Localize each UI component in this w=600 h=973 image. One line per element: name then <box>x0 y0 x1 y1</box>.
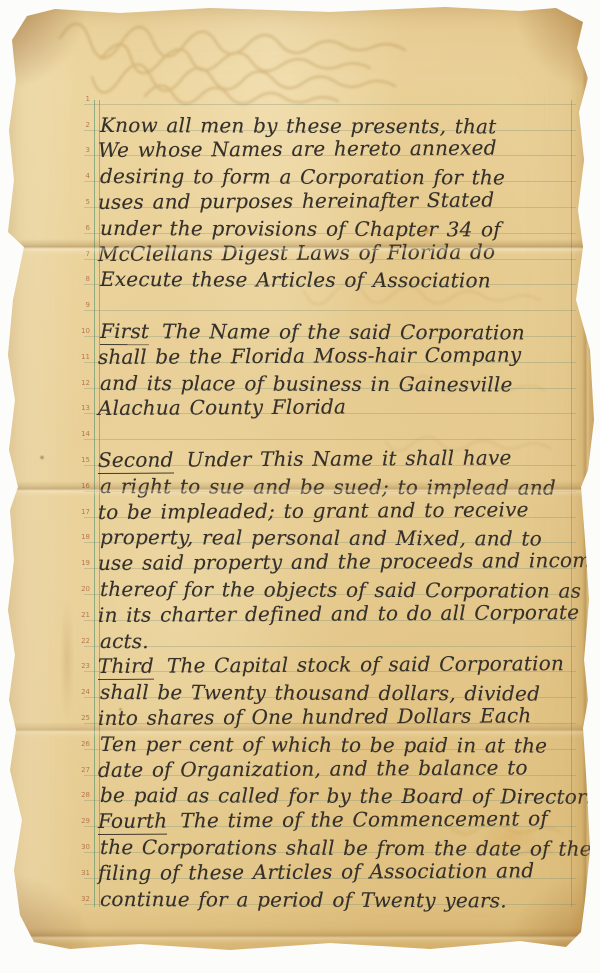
line-number: 13 <box>62 404 90 412</box>
ruled-line-row: 19use said property and the proceeds and… <box>84 543 576 569</box>
line-number: 9 <box>62 301 90 309</box>
ruled-line-row: 3We whose Names are hereto annexed <box>84 131 576 157</box>
ruled-line-row: 28be paid as called for by the Board of … <box>84 776 576 802</box>
line-number: 25 <box>62 714 90 722</box>
handwriting-line: continue for a period of Twenty years. <box>100 889 507 910</box>
line-number: 31 <box>62 869 90 877</box>
ruled-line-row: 14 <box>84 414 576 440</box>
ruled-line-row: 1 <box>84 79 576 105</box>
ruled-line-row: 22acts. <box>84 621 576 647</box>
ruled-line-row: 4desiring to form a Corporation for the <box>84 156 576 182</box>
line-number: 23 <box>62 662 90 670</box>
ruled-line-row: 24shall be Twenty thousand dollars, divi… <box>84 672 576 698</box>
ruled-line-row: 11shall be the Florida Moss-hair Company <box>84 337 576 363</box>
ruled-line-row: 31filing of these Articles of Associatio… <box>84 853 576 879</box>
ruled-line-row: 9 <box>84 285 576 311</box>
line-number: 28 <box>62 791 90 799</box>
line-number: 30 <box>62 843 90 851</box>
line-number: 15 <box>62 456 90 464</box>
line-number: 18 <box>62 533 90 541</box>
dark-speck <box>39 455 45 460</box>
line-number: 11 <box>62 353 90 361</box>
ruled-line-row: 6under the provisions of Chapter 34 of <box>84 208 576 234</box>
line-number: 29 <box>62 817 90 825</box>
ruled-line-row: 2Know all men by these presents, that <box>84 105 576 131</box>
line-number: 16 <box>62 482 90 490</box>
line-number: 10 <box>62 327 90 335</box>
fold-crease-bottom <box>8 928 592 944</box>
ruled-line-row: 21in its charter defined and to do all C… <box>84 595 576 621</box>
ruled-line-row: 23ThirdThe Capital stock of said Corpora… <box>84 647 576 673</box>
ruled-line-row: 26Ten per cent of which to be paid in at… <box>84 724 576 750</box>
manuscript-page: 12Know all men by these presents, that3W… <box>0 0 600 973</box>
line-number: 3 <box>62 146 90 154</box>
ruled-line-row: 16a right to sue and be sued; to implead… <box>84 466 576 492</box>
line-number: 2 <box>62 121 90 129</box>
line-number: 6 <box>62 224 90 232</box>
ruled-line-row: 30the Corporations shall be from the dat… <box>84 827 576 853</box>
ruled-line-row: 10FirstThe Name of the said Corporation <box>84 311 576 337</box>
line-number: 19 <box>62 559 90 567</box>
line-number: 7 <box>62 250 90 258</box>
ruled-line-row: 25into shares of One hundred Dollars Eac… <box>84 698 576 724</box>
ruled-line-row: 27date of Organization, and the balance … <box>84 750 576 776</box>
line-number: 14 <box>62 430 90 438</box>
line-number: 20 <box>62 585 90 593</box>
ruled-line-row: 8Execute these Articles of Association <box>84 260 576 286</box>
line-number: 22 <box>62 637 90 645</box>
ruled-line-row: 12and its place of business in Gainesvil… <box>84 363 576 389</box>
ruled-line-row: 15SecondUnder This Name it shall have <box>84 440 576 466</box>
vertical-edge-crease <box>582 10 590 955</box>
line-number: 1 <box>62 95 90 103</box>
scanned-document-image: 12Know all men by these presents, that3W… <box>0 0 600 973</box>
ruled-line-row: 29FourthThe time of the Commencement of <box>84 801 576 827</box>
line-number: 8 <box>62 275 90 283</box>
ruled-line-row: 17to be impleaded; to grant and to recei… <box>84 492 576 518</box>
line-number: 12 <box>62 379 90 387</box>
line-number: 27 <box>62 766 90 774</box>
line-number: 5 <box>62 198 90 206</box>
ruled-line-row: 5uses and purposes hereinafter Stated <box>84 182 576 208</box>
line-number: 17 <box>62 508 90 516</box>
line-number: 24 <box>62 688 90 696</box>
line-number: 21 <box>62 611 90 619</box>
ruled-line-row: 18property, real personal and Mixed, and… <box>84 518 576 544</box>
ruled-line-row: 32continue for a period of Twenty years. <box>84 879 576 905</box>
line-number: 26 <box>62 740 90 748</box>
ruled-line-row: 7McClellans Digest Laws of Florida do <box>84 234 576 260</box>
line-number: 4 <box>62 172 90 180</box>
ruled-line-row: 20thereof for the objects of said Corpor… <box>84 569 576 595</box>
ruled-line-row: 13Alachua County Florida <box>84 389 576 415</box>
line-number: 32 <box>62 895 90 903</box>
ruled-lines: 12Know all men by these presents, that3W… <box>84 79 576 905</box>
